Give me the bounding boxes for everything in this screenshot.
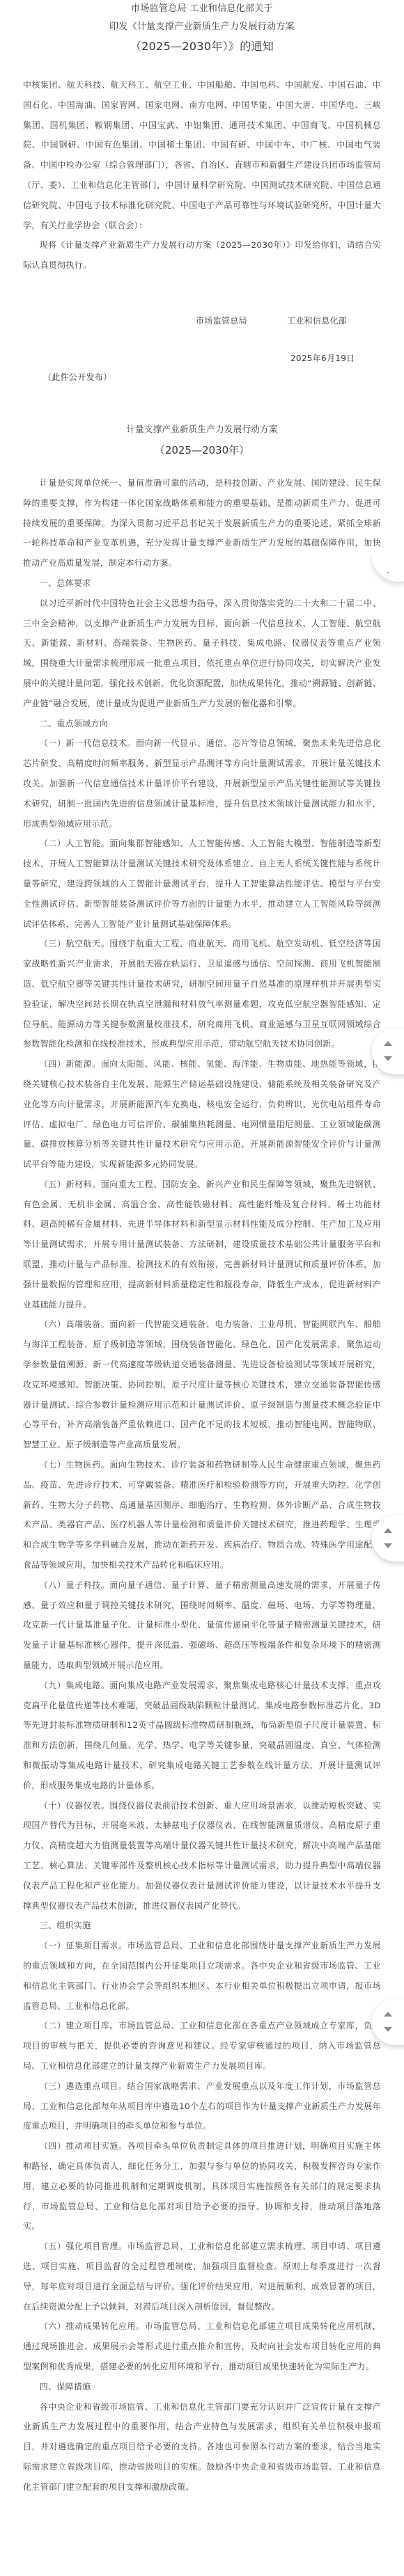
section-1-para-1: 以习近平新时代中国特色社会主义思想为指导，深入贯彻落实党的二十大和二十届二中、三… [23,594,381,714]
implementation-4: （四）推动项目实施。各项目牵头单位负责制定具体的项目推进计划，明确项目实施主体和… [23,2136,381,2236]
focus-area-it: （一）新一代信息技术。面向新一代显示、通信、芯片等信息领域，聚焦未来先进信息化芯… [23,733,381,834]
section-heading-4: 四、保障措施 [23,2377,381,2397]
focus-area-high-end-equipment: （六）高端装备。面向新一代智能交通装备、电力装备、工业母机、智能网联汽车、船舶与… [23,1314,381,1455]
focus-area-biomedicine: （七）生物医药。面向生物技术、诊疗装备和药物研制等人民生命健康重点领域，聚焦药品… [23,1455,381,1575]
focus-area-instruments: （十）仪器仪表。围绕仪器仪表前沿技术创新、重大应用场景需求，以推动短板突破、实现… [23,1796,381,1916]
scroll-up-icon[interactable] [384,2012,392,2017]
focus-area-new-energy: （四）新能源。面向太阳能、风能、核能、氢能、海洋能、生物质能、地热能等领域，围绕… [23,1054,381,1175]
scroll-up-icon[interactable] [384,1528,392,1533]
section-heading-3: 三、组织实施 [23,1916,381,1936]
implementation-1: （一）征集项目需求。市场监管总局、工业和信息化部围绕计量支撑产业新质生产力发展的… [23,1936,381,2016]
safeguards-para: 各中央企业和省级市场监管、工业和信息化主管部门要充分认识并广泛宣传计量在支撑产业… [23,2397,381,2497]
scroll-up-icon[interactable] [384,1041,392,1046]
notice-instruction: 现将《计量支撑产业新质生产力发展行动方案（2025—2030年）》印发给你们，请… [23,235,381,276]
signatory-samr: 市场监管总局 [196,315,247,326]
plan-title-years: （2025—2030年） [0,440,404,461]
section-heading-2: 二、重点领域方向 [23,714,381,734]
notice-title-line-1: 市场监管总局 工业和信息化部关于 [0,0,404,18]
plan-intro: 计量是实现单位统一、量值准确可靠的活动，是科技创新、产业发展、国防建设、民生保障… [23,473,381,573]
scroll-down-icon[interactable] [384,1056,392,1061]
focus-area-quantum: （八）量子科技。面向量子通信、量子计算、量子精密测量高速发展的需求，开展量子传感… [23,1575,381,1676]
scroll-down-icon[interactable] [384,1543,392,1548]
dot-icon [387,572,389,573]
implementation-3: （三）遴选重点项目。结合国家战略需求、产业发展重点以及年度工作计划，市场监管总局… [23,2076,381,2136]
notice-body: 中核集团、航天科技、航天科工、航空工业、中国船舶、中国电科、中国航发、中国石油、… [23,75,381,276]
implementation-6: （六）推动成果转化应用。市场监管总局、工业和信息化部建立项目成果转化应用机制，通… [23,2316,381,2376]
notice-title-line-2: 印发《计量支撑产业新质生产力发展行动方案 [0,18,404,36]
focus-area-aerospace: （三）航空航天。围绕宇航重大工程、商业航天、商用飞机、航空发动机、低空经济等国家… [23,934,381,1054]
publication-note: （此件公开发布） [43,371,111,383]
focus-area-new-materials: （五）新材料。面向重大工程、国防安全、新兴产业和民生保障等领域，聚焦先进钢铁、有… [23,1175,381,1315]
plan-title-main: 计量支撑产业新质生产力发展行动方案 [0,419,404,440]
focus-area-ic: （九）集成电路。面向集成电路产业发展需求，聚焦集成电路核心计量技术支撑，重点攻克… [23,1676,381,1796]
notice-title-line-3: （2025—2030年）》的通知 [0,36,404,57]
notice-title: 市场监管总局 工业和信息化部关于 印发《计量支撑产业新质生产力发展行动方案 （2… [0,0,404,57]
implementation-2: （二）建立项目库。市场监管总局、工业和信息化部在各重点产业领域成立专家库，负责项… [23,2016,381,2076]
addressees: 中核集团、航天科技、航天科工、航空工业、中国船舶、中国电科、中国航发、中国石油、… [23,75,381,235]
scroll-down-icon[interactable] [384,2027,392,2032]
signatory-miit: 工业和信息化部 [287,315,347,326]
implementation-5: （五）强化项目管理。市场监管总局、工业和信息化部建立需求梳理、项目申请、项目遴选… [23,2236,381,2316]
focus-area-ai: （二）人工智能。面向集群智能感知、人工智能传感、人工智能大模型、智能制造等新型技… [23,834,381,934]
plan-body: 计量是实现单位统一、量值准确可靠的活动，是科技创新、产业发展、国防建设、民生保障… [23,473,381,2497]
section-heading-1: 一、总体要求 [23,573,381,594]
notice-date: 2025年6月19日 [290,352,355,364]
plan-title: 计量支撑产业新质生产力发展行动方案 （2025—2030年） [0,419,404,461]
